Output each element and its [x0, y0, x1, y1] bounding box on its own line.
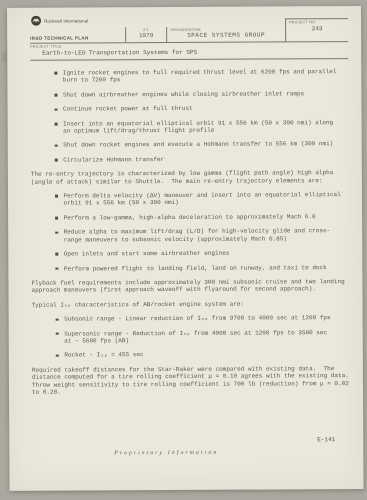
bullet-item: Subsonic range - Linear reduction of Iₛₚ… — [56, 314, 350, 323]
bullet-item: Perform powered flight to landing field,… — [55, 264, 349, 273]
proprietary-notice: Proprietary Information — [9, 449, 323, 457]
bullet-icon — [54, 72, 57, 75]
bullet-icon — [55, 159, 58, 162]
bullet-text: Shut down airbreather engines while clos… — [63, 90, 304, 99]
bullet-icon — [54, 94, 57, 97]
organization-value: SPACE SYSTEMS GROUP — [167, 31, 285, 39]
project-number-value: 243 — [286, 25, 348, 32]
paragraph-takeoff: Required takeoff distances for the Star-… — [32, 365, 350, 396]
bullet-icon — [55, 267, 58, 270]
bullet-icon — [55, 195, 58, 198]
bullet-text: Ignite rocket engines to full required t… — [63, 68, 337, 84]
organization-cell: ORGANIZATION SPACE SYSTEMS GROUP — [167, 26, 285, 42]
document-body: Ignite rocket engines to full required t… — [30, 68, 350, 396]
bullet-item: Shut down airbreather engines while clos… — [54, 90, 348, 99]
bullet-text: Reduce alpha to maximum lift/drag (L/D) … — [64, 227, 331, 243]
form-header-table: Rockwell International IR&D TECHNICAL PL… — [30, 13, 348, 44]
fy-value: 1979 — [139, 32, 153, 39]
project-number-label: PROJECT NO. — [286, 19, 316, 24]
bullet-item: Open inlets and start some airbreather e… — [55, 249, 349, 258]
project-number-cell: PROJECT NO. 243 — [285, 18, 348, 41]
bullet-icon — [56, 333, 59, 336]
bullet-icon — [56, 318, 59, 321]
project-title-row: PROJECT TITLE Earth-to-LEO Transportatio… — [30, 42, 348, 61]
plan-label: IR&D TECHNICAL PLAN — [30, 27, 125, 42]
bullet-text: Continue rocket power at full thrust — [63, 105, 193, 113]
bullet-text: Insert into an equatorial elliptical orb… — [63, 119, 333, 135]
brand-name: Rockwell International — [44, 18, 88, 23]
paragraph-reentry: The re-entry trajectory is characterized… — [31, 169, 349, 185]
brand-row: Rockwell International — [30, 13, 285, 27]
bullet-icon — [56, 354, 59, 357]
bullet-item: Circularize Hohmann transfer — [55, 155, 349, 164]
paragraph-isp-intro: Typical Iₛₚ characteristics of AB/rocket… — [32, 300, 350, 309]
bullet-icon — [55, 253, 58, 256]
fiscal-year-cell: FY 1979 — [125, 27, 167, 42]
form-header: Rockwell International IR&D TECHNICAL PL… — [30, 13, 348, 61]
bullet-text: Shut down rocket engines and execute a H… — [63, 141, 333, 150]
bullet-text: Perform powered flight to landing field,… — [64, 264, 327, 273]
bullet-item: Continue rocket power at full thrust — [55, 104, 349, 113]
page-number: E-141 — [317, 436, 335, 443]
bullet-item: Reduce alpha to maximum lift/drag (L/D) … — [55, 227, 349, 243]
bullet-item: Insert into an equatorial elliptical orb… — [55, 119, 349, 135]
bullet-text: Rocket - Iₛₚ = 455 sec — [64, 351, 143, 359]
bullet-item: Ignite rocket engines to full required t… — [54, 68, 348, 84]
scan-background: { "colors": { "paper": "#ebe7dc", "ink":… — [0, 0, 367, 500]
bullet-item: Perform a low-gamma, high-alpha decelera… — [55, 213, 349, 222]
paragraph-flyback: Flyback fuel requirements include approx… — [31, 278, 349, 294]
bullet-text: Perform a low-gamma, high-alpha decelera… — [64, 213, 316, 222]
bullet-text: Circularize Hohmann transfer — [63, 156, 164, 164]
project-title: Earth-to-LEO Transportation Systems for … — [42, 48, 348, 57]
bullet-text: Perform delta velocity (ΔV) maneuver and… — [63, 191, 340, 207]
bullet-item: Supersonic range - Reduction of Iₛₚ from… — [56, 329, 350, 345]
bullet-icon — [55, 108, 58, 111]
bullet-icon — [55, 123, 58, 126]
bullet-icon — [55, 144, 58, 147]
bullet-item: Rocket - Iₛₚ = 455 sec — [56, 350, 350, 359]
bullet-item: Perform delta velocity (ΔV) maneuver and… — [55, 191, 349, 207]
bullet-text: Subsonic range - Linear reduction of Iₛₚ… — [64, 314, 331, 323]
bullet-icon — [55, 217, 58, 220]
bullet-icon — [55, 231, 58, 234]
bullet-text: Supersonic range - Reduction of Iₛₚ from… — [64, 329, 327, 345]
bullet-item: Shut down rocket engines and execute a H… — [55, 141, 349, 150]
document-page: Rockwell International IR&D TECHNICAL PL… — [7, 6, 364, 491]
bullet-text: Open inlets and start some airbreather e… — [64, 250, 230, 258]
